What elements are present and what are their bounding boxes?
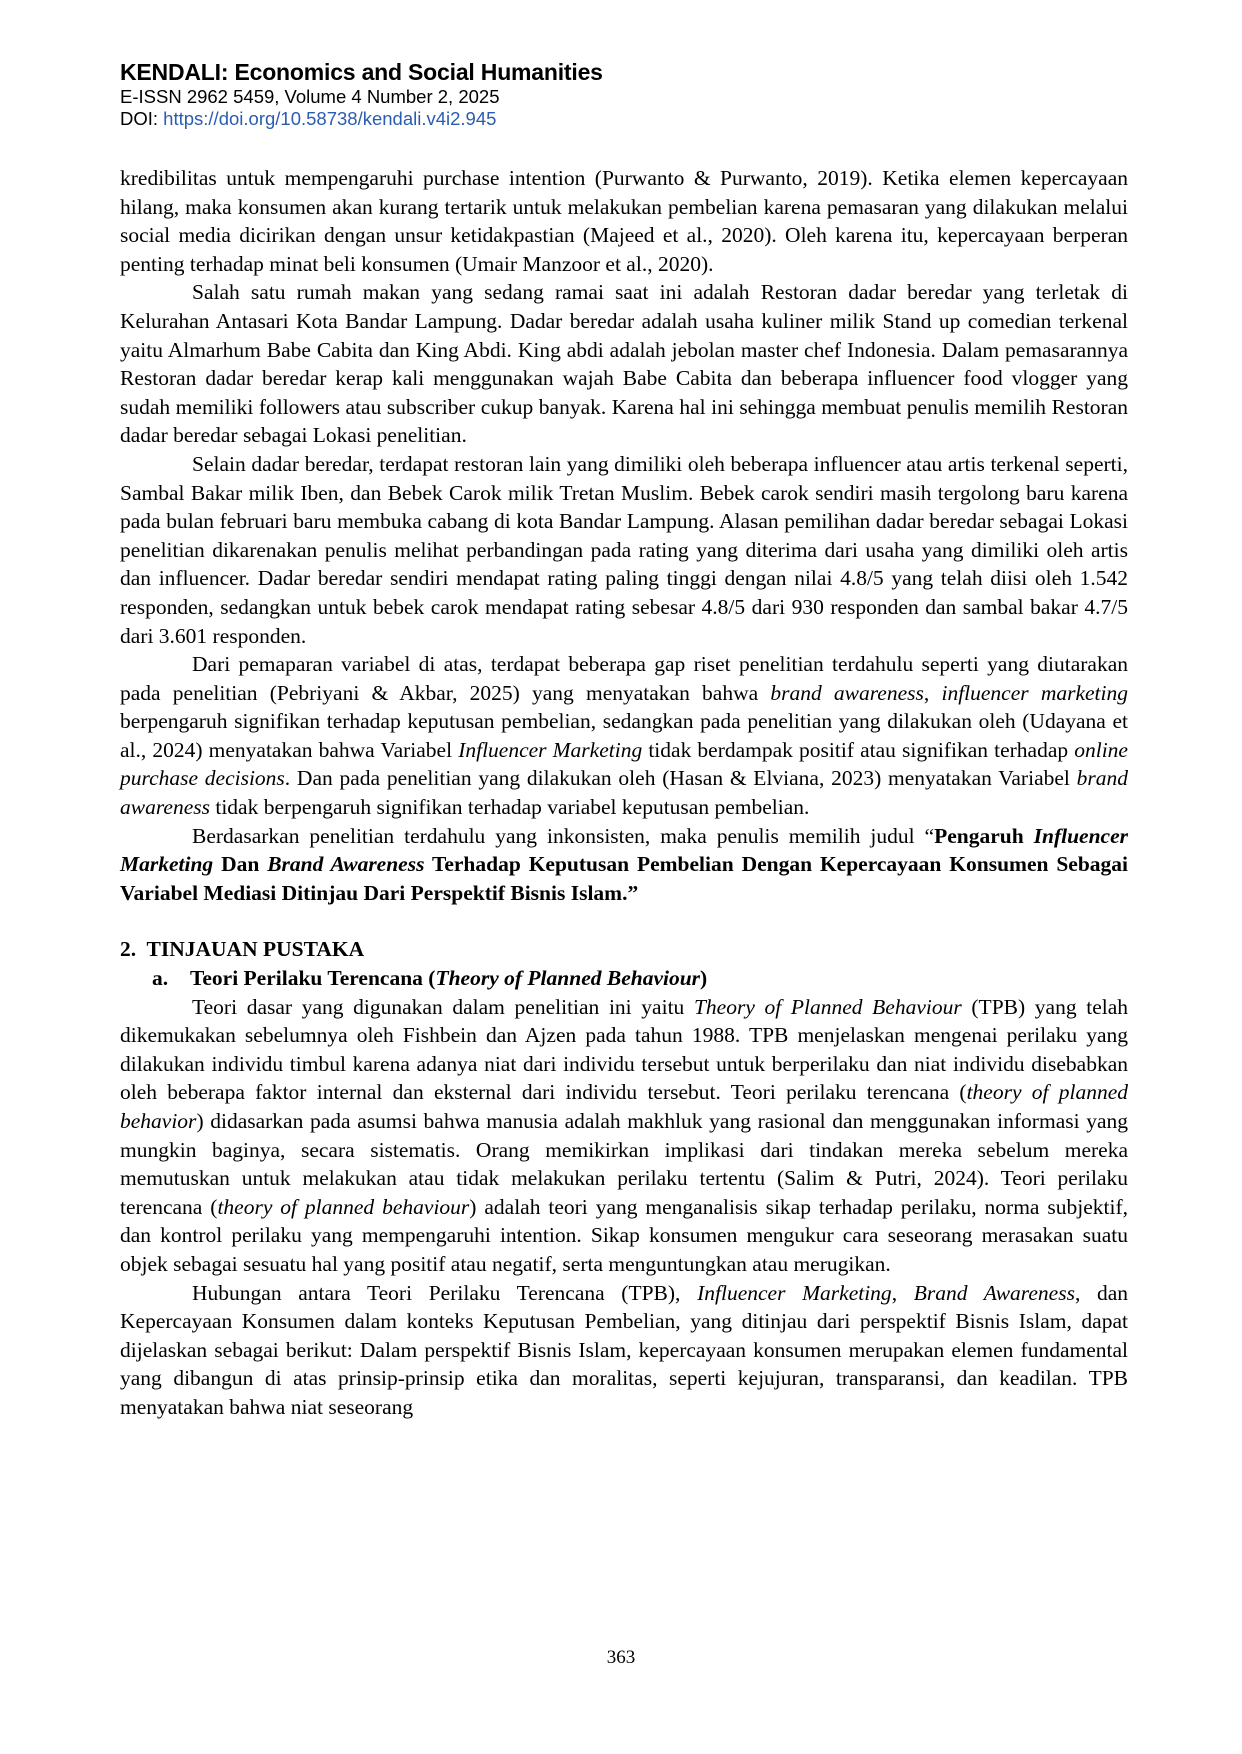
subsection-title: Teori Perilaku Terencana ( xyxy=(190,966,435,990)
doi-label: DOI: xyxy=(120,108,163,129)
text-run: . Dan pada penelitian yang dilakukan ole… xyxy=(285,766,1077,790)
section-title: TINJAUAN PUSTAKA xyxy=(147,937,365,961)
italic-term: Theory of Planned Behaviour xyxy=(694,995,962,1019)
doi-line: DOI: https://doi.org/10.58738/kendali.v4… xyxy=(120,108,603,130)
doi-link[interactable]: https://doi.org/10.58738/kendali.v4i2.94… xyxy=(163,108,496,129)
subsection-title-italic: Theory of Planned Behaviour xyxy=(435,966,700,990)
text-run: Berdasarkan penelitian terdahulu yang in… xyxy=(192,824,934,848)
italic-term: influencer marketing xyxy=(941,681,1128,705)
text-run: Hubungan antara Teori Perilaku Terencana… xyxy=(192,1281,697,1305)
subsection-heading-tpb: a.Teori Perilaku Terencana (Theory of Pl… xyxy=(120,964,1128,993)
paragraph-restaurant: Salah satu rumah makan yang sedang ramai… xyxy=(120,278,1128,450)
page-number: 363 xyxy=(0,1647,1242,1669)
text-run: Teori dasar yang digunakan dalam penelit… xyxy=(192,995,694,1019)
italic-term: Influencer Marketing xyxy=(458,738,642,762)
text-run: , xyxy=(892,1281,914,1305)
article-body: kredibilitas untuk mempengaruhi purchase… xyxy=(120,164,1128,1422)
paragraph-tpb-definition: Teori dasar yang digunakan dalam penelit… xyxy=(120,993,1128,1279)
text-run: , xyxy=(924,681,942,705)
section-heading-tinjauan-pustaka: 2. TINJAUAN PUSTAKA xyxy=(120,935,1128,964)
bold-title-run: Dan xyxy=(213,852,267,876)
paragraph-tpb-relationship: Hubungan antara Teori Perilaku Terencana… xyxy=(120,1279,1128,1422)
section-number: 2. xyxy=(120,937,136,961)
italic-term: theory of planned behaviour xyxy=(217,1195,469,1219)
text-run: tidak berpengaruh signifikan terhadap va… xyxy=(210,795,809,819)
bold-italic-term: Brand Awareness xyxy=(267,852,424,876)
italic-term: Influencer Marketing xyxy=(697,1281,892,1305)
bold-title-run: Pengaruh xyxy=(934,824,1034,848)
text-run: tidak berdampak positif atau signifikan … xyxy=(642,738,1074,762)
issn-volume-line: E-ISSN 2962 5459, Volume 4 Number 2, 202… xyxy=(120,86,603,108)
paragraph-research-title: Berdasarkan penelitian terdahulu yang in… xyxy=(120,822,1128,908)
paragraph-credibility: kredibilitas untuk mempengaruhi purchase… xyxy=(120,164,1128,278)
subsection-letter: a. xyxy=(152,964,190,993)
italic-term: Brand Awareness xyxy=(914,1281,1075,1305)
paragraph-research-gap: Dari pemaparan variabel di atas, terdapa… xyxy=(120,650,1128,822)
paragraph-comparison: Selain dadar beredar, terdapat restoran … xyxy=(120,450,1128,650)
subsection-title-end: ) xyxy=(700,966,707,990)
journal-title: KENDALI: Economics and Social Humanities xyxy=(120,58,603,86)
italic-term: brand awareness xyxy=(770,681,924,705)
journal-header: KENDALI: Economics and Social Humanities… xyxy=(120,58,603,130)
